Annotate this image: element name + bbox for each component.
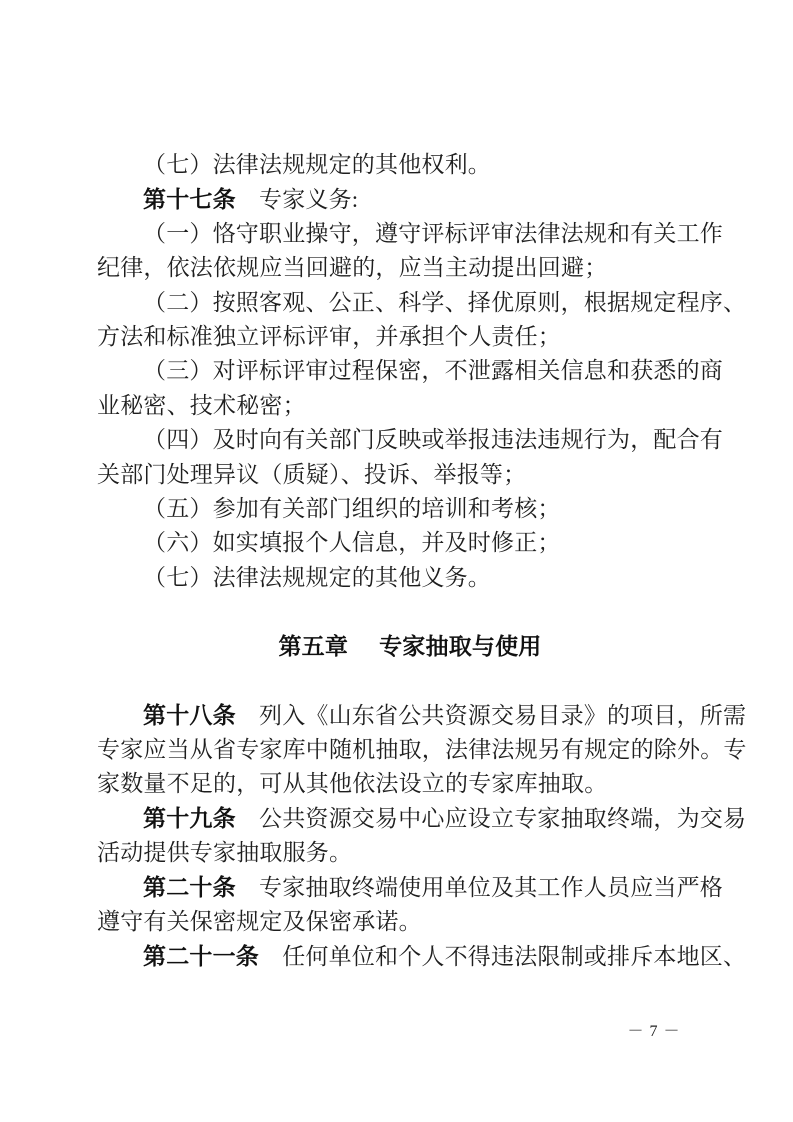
line-text: （三）对评标评审过程保密，不泄露相关信息和获悉的商 (143, 358, 723, 383)
text-line: 方法和标准独立评标评审，并承担个人责任； (97, 320, 769, 354)
text-line: 业秘密、技术秘密； (97, 389, 769, 423)
line-text: 业秘密、技术秘密； (97, 393, 306, 418)
text-line: 第十九条 公共资源交易中心应设立专家抽取终端，为交易 (97, 801, 769, 835)
text-line: 第十七条 专家义务: (97, 182, 769, 216)
article-number: 第十八条 (143, 702, 236, 728)
text-line: 第二十一条 任何单位和个人不得违法限制或排斥本地区、 (97, 939, 769, 973)
text-line: （三）对评标评审过程保密，不泄露相关信息和获悉的商 (97, 354, 769, 388)
text-line: （四）及时向有关部门反映或举报违法违规行为，配合有 (97, 423, 769, 457)
line-text: （一）恪守职业操守，遵守评标评审法律法规和有关工作 (143, 221, 723, 246)
chapter-title: 专家抽取与使用 (379, 633, 541, 659)
text-line: （六）如实填报个人信息，并及时修正； (97, 526, 769, 560)
line-text: 列入《山东省公共资源交易目录》的项目，所需 (236, 703, 746, 728)
line-text: （二）按照客观、公正、科学、择优原则，根据规定程序、 (143, 290, 746, 315)
text-line: （二）按照客观、公正、科学、择优原则，根据规定程序、 (97, 286, 769, 320)
line-text: 专家抽取终端使用单位及其工作人员应当严格 (236, 875, 723, 900)
text-line: （七）法律法规规定的其他义务。 (97, 561, 769, 595)
line-text: 专家义务: (236, 187, 359, 212)
line-text: （七）法律法规规定的其他义务。 (143, 565, 491, 590)
line-text: （四）及时向有关部门反映或举报违法违规行为，配合有 (143, 427, 723, 452)
line-text: 关部门处理异议（质疑）、投诉、举报等； (97, 462, 526, 487)
document-body: （七）法律法规规定的其他权利。 第十七条 专家义务: （一）恪守职业操守，遵守评… (97, 148, 769, 973)
article-number: 第十七条 (143, 186, 236, 212)
line-text: 遵守有关保密规定及保密承诺。 (97, 909, 422, 934)
text-line: 家数量不足的，可从其他依法设立的专家库抽取。 (97, 767, 769, 801)
text-line: 专家应当从省专家库中随机抽取，法律法规另有规定的除外。专 (97, 733, 769, 767)
line-text: 活动提供专家抽取服务。 (97, 840, 352, 865)
text-line: 活动提供专家抽取服务。 (97, 836, 769, 870)
chapter-number: 第五章 (278, 633, 348, 659)
article-number: 第十九条 (143, 805, 236, 831)
line-text: 纪律，依法依规应当回避的，应当主动提出回避； (97, 255, 607, 280)
blank-line (97, 664, 769, 698)
text-line: 第十八条 列入《山东省公共资源交易目录》的项目，所需 (97, 698, 769, 732)
text-line: 遵守有关保密规定及保密承诺。 (97, 905, 769, 939)
text-line: 纪律，依法依规应当回避的，应当主动提出回避； (97, 251, 769, 285)
text-line: 第二十条 专家抽取终端使用单位及其工作人员应当严格 (97, 870, 769, 904)
article-number: 第二十条 (143, 874, 236, 900)
line-text: 家数量不足的，可从其他依法设立的专家库抽取。 (97, 771, 607, 796)
line-text: 专家应当从省专家库中随机抽取，法律法规另有规定的除外。专 (97, 737, 747, 762)
text-line: （五）参加有关部门组织的培训和考核； (97, 492, 769, 526)
text-line: 关部门处理异议（质疑）、投诉、举报等； (97, 458, 769, 492)
chapter-heading: 第五章专家抽取与使用 (97, 629, 769, 663)
line-text: 方法和标准独立评标评审，并承担个人责任； (97, 324, 561, 349)
line-text: （七）法律法规规定的其他权利。 (143, 152, 491, 177)
line-text: 任何单位和个人不得违法限制或排斥本地区、 (259, 944, 746, 969)
line-text: （六）如实填报个人信息，并及时修正； (143, 530, 561, 555)
text-line: （一）恪守职业操守，遵守评标评审法律法规和有关工作 (97, 217, 769, 251)
page-number: － 7 － (618, 1018, 690, 1041)
line-text: （五）参加有关部门组织的培训和考核； (143, 496, 561, 521)
document-page: （七）法律法规规定的其他权利。 第十七条 专家义务: （一）恪守职业操守，遵守评… (0, 0, 793, 1122)
article-number: 第二十一条 (143, 943, 259, 969)
line-text: 公共资源交易中心应设立专家抽取终端，为交易 (236, 806, 746, 831)
blank-line (97, 595, 769, 629)
text-line: （七）法律法规规定的其他权利。 (97, 148, 769, 182)
